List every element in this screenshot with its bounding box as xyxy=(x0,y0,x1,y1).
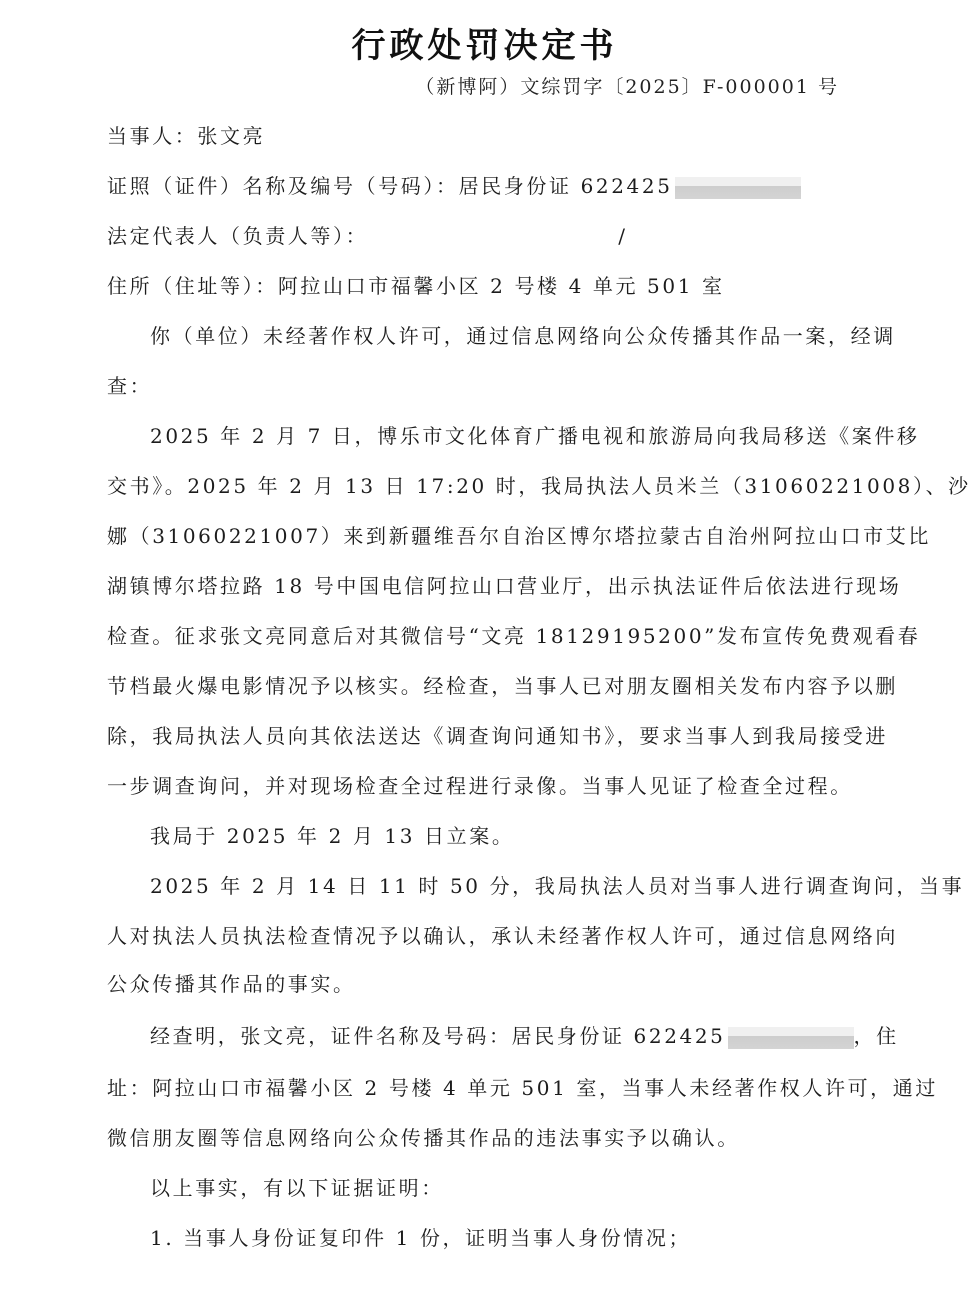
redacted-id-block xyxy=(675,177,801,199)
paragraph-3-line-1: 我局于 2025 年 2 月 13 日立案。 xyxy=(150,820,514,849)
findings-id-suffix: ，住 xyxy=(854,1024,899,1048)
id-label: 证照（证件）名称及编号（号码）： xyxy=(107,174,459,198)
paragraph-2-line-6: 节档最火爆电影情况予以核实。经检查，当事人已对朋友圈相关发布内容予以删 xyxy=(107,670,898,699)
paragraph-4-line-2: 人对执法人员执法检查情况予以确认，承认未经著作权人许可，通过信息网络向 xyxy=(107,920,898,949)
party-label: 当事人： xyxy=(107,124,197,148)
id-value: 居民身份证 622425 xyxy=(459,174,673,198)
paragraph-2-line-7: 除，我局执法人员向其依法送达《调查询问通知书》，要求当事人到我局接受进 xyxy=(107,720,888,749)
paragraph-2-line-3: 娜（31060221007）来到新疆维吾尔自治区博尔塔拉蒙古自治州阿拉山口市艾比 xyxy=(107,520,931,549)
paragraph-5-line-2: 址：阿拉山口市福馨小区 2 号楼 4 单元 501 室，当事人未经著作权人许可，… xyxy=(107,1072,938,1101)
paragraph-1-line-2: 查： xyxy=(107,370,152,399)
party-name: 张文亮 xyxy=(197,124,265,148)
paragraph-2-line-1: 2025 年 2 月 7 日，博乐市文化体育广播电视和旅游局向我局移送《案件移 xyxy=(150,420,920,449)
paragraph-2-line-5: 检查。征求张文亮同意后对其微信号“文亮 18129195200”发布宣传免费观看… xyxy=(107,620,920,649)
address-line: 住所（住址等）：阿拉山口市福馨小区 2 号楼 4 单元 501 室 xyxy=(107,270,725,299)
evidence-item-1: 1. 当事人身份证复印件 1 份，证明当事人身份情况； xyxy=(150,1222,691,1251)
paragraph-2-line-8: 一步调查询问，并对现场检查全过程进行录像。当事人见证了检查全过程。 xyxy=(107,770,853,799)
paragraph-1-line-1: 你（单位）未经著作权人许可，通过信息网络向公众传播其作品一案，经调 xyxy=(150,320,896,349)
paragraph-2-line-4: 湖镇博尔塔拉路 18 号中国电信阿拉山口营业厅，出示执法证件后依法进行现场 xyxy=(107,570,901,599)
legal-rep-value: / xyxy=(618,224,627,248)
paragraph-2-line-2: 交书》。2025 年 2 月 13 日 17:20 时，我局执法人员米兰（310… xyxy=(107,470,969,499)
document-title: 行政处罚决定书 xyxy=(0,18,969,67)
address-label: 住所（住址等）： xyxy=(107,274,278,298)
evidence-intro: 以上事实，有以下证据证明： xyxy=(150,1172,444,1201)
redacted-id-block xyxy=(728,1027,854,1049)
paragraph-4-line-1: 2025 年 2 月 14 日 11 时 50 分，我局执法人员对当事人进行调查… xyxy=(150,870,964,899)
document-number: （新博阿）文综罚字〔2025〕F-000001 号 xyxy=(415,72,839,99)
paragraph-5-line-1: 经查明，张文亮，证件名称及号码：居民身份证 622425，住 xyxy=(150,1020,899,1049)
legal-rep-line: 法定代表人（负责人等）：/ xyxy=(107,220,628,249)
paragraph-5-line-3: 微信朋友圈等信息网络向公众传播其作品的违法事实予以确认。 xyxy=(107,1122,740,1151)
legal-rep-label: 法定代表人（负责人等）： xyxy=(107,224,368,248)
document-page: 行政处罚决定书 （新博阿）文综罚字〔2025〕F-000001 号 当事人：张文… xyxy=(0,0,969,1316)
id-line: 证照（证件）名称及编号（号码）：居民身份证 622425 xyxy=(107,170,801,199)
findings-id-text: 经查明，张文亮，证件名称及号码：居民身份证 622425 xyxy=(150,1024,726,1048)
party-line: 当事人：张文亮 xyxy=(107,120,265,149)
paragraph-4-line-3: 公众传播其作品的事实。 xyxy=(107,968,356,997)
address-value: 阿拉山口市福馨小区 2 号楼 4 单元 501 室 xyxy=(278,274,725,298)
